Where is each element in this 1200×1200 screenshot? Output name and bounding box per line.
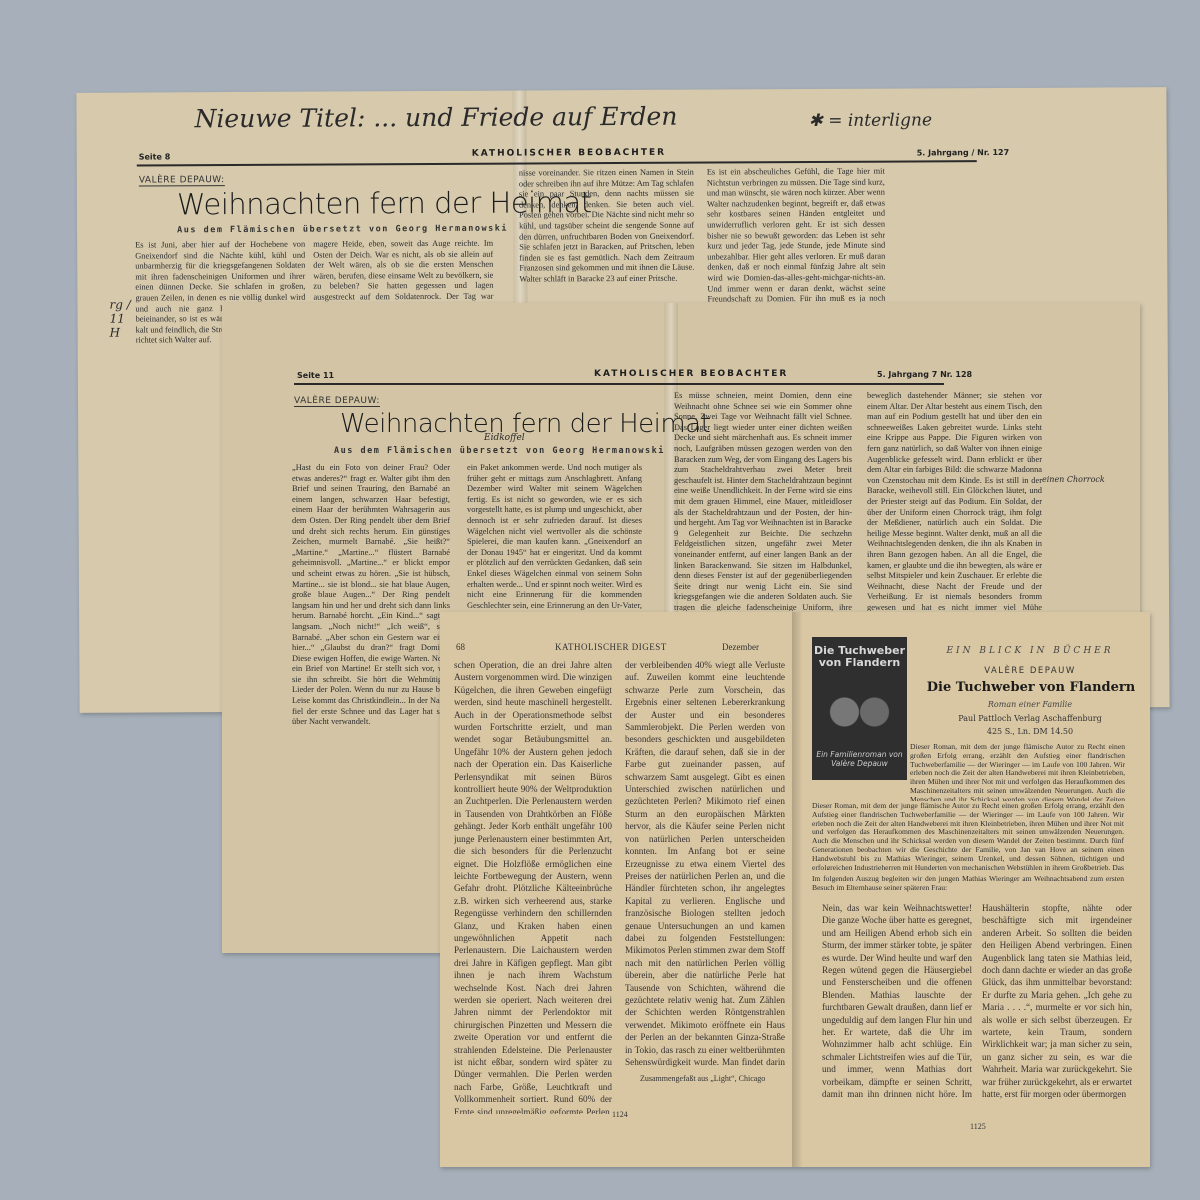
article-column-3: nisse voreinander. Sie ritzen einen Name…	[519, 168, 695, 304]
book-cover-portraits	[822, 682, 897, 742]
book-cover-title: Die Tuchweber von Flandern	[812, 645, 907, 669]
book-review-intro-lines: Dieser Roman, mit dem der junge flämisch…	[910, 743, 1125, 801]
folio: 1124	[612, 1110, 628, 1119]
article-author: VALÈRE DEPAUW:	[139, 175, 225, 186]
page-label: Seite 11	[297, 371, 334, 380]
magazine-open-spread: 68 KATHOLISCHER DIGEST Dezember schen Op…	[440, 612, 1150, 1167]
article-headline: Weihnachten fern der Heimat	[340, 409, 710, 439]
article-column-3: Es müsse schneien, meint Domien, denn ei…	[674, 391, 852, 611]
handwritten-margin-note: rg / 11 H	[109, 298, 133, 340]
book-author: VALÈRE DEPAUW	[920, 666, 1140, 676]
section-heading: EIN BLICK IN BÜCHER	[920, 646, 1140, 656]
month-label: Dezember	[722, 642, 759, 652]
masthead: KATHOLISCHER BEOBACHTER	[594, 369, 788, 379]
book-publisher: Paul Pattloch Verlag Aschaffenburg	[920, 714, 1140, 723]
folio: 1125	[970, 1122, 986, 1131]
article-subline: Aus dem Flämischen übersetzt von Georg H…	[177, 224, 508, 236]
handwritten-margin-correction: einen Chorrock	[1042, 475, 1105, 484]
page-number: 68	[456, 642, 465, 652]
source-credit: Zusammengefaßt aus „Light“, Chicago	[640, 1074, 765, 1083]
excerpt-column-2: Haushälterin stopfte, nähte oder beschäf…	[982, 902, 1132, 1102]
article-author: VALÈRE DEPAUW:	[294, 396, 380, 407]
masthead: KATHOLISCHER BEOBACHTER	[472, 148, 666, 159]
book-subtitle: Roman einer Familie	[920, 700, 1140, 709]
issue-number: 5. Jahrgang 7 Nr. 128	[877, 370, 972, 379]
article-subline: Aus dem Flämischen übersetzt von Georg H…	[334, 446, 665, 456]
issue-number: 5. Jahrgang / Nr. 127	[917, 148, 1010, 157]
running-title: KATHOLISCHER DIGEST	[555, 642, 667, 652]
article-column-4: beweglich dastehender Männer; sie stehen…	[867, 391, 1042, 611]
handwritten-interligne-note: ✱ = interligne	[808, 110, 932, 131]
excerpt-column-1: Nein, das war kein Weihnachtswetter! Die…	[822, 902, 972, 1102]
handwritten-new-title: Nieuwe Titel: ... und Friede auf Erden	[194, 102, 677, 134]
masthead-rule	[294, 383, 944, 385]
book-cover-image: Die Tuchweber von Flandern Ein Familienr…	[812, 637, 907, 780]
masthead-rule	[137, 160, 977, 166]
handwritten-insert: Eidkoffel	[484, 433, 525, 443]
book-cover-footer: Ein Familienroman von Valère Depauw	[812, 750, 907, 768]
page-label: Seite 8	[139, 152, 171, 161]
left-page-column-2: der verbleibenden 40% wiegt alle Verlust…	[625, 659, 785, 1069]
magazine-gutter	[792, 612, 802, 1167]
book-title: Die Tuchweber von Flandern	[916, 680, 1146, 695]
book-price: 425 S., Ln. DM 14.50	[920, 727, 1140, 736]
left-page-column-1: schen Operation, die an drei Jahre alten…	[454, 659, 612, 1114]
excerpt-intro: Im folgenden Auszug begleiten wir den ju…	[812, 874, 1124, 896]
book-review: Dieser Roman, mit dem der junge flämisch…	[812, 802, 1124, 870]
article-column-4: Es ist ein abscheuliches Gefühl, die Tag…	[707, 167, 886, 303]
article-column-1: „Hast du ein Foto von deiner Frau? Oder …	[292, 463, 450, 943]
